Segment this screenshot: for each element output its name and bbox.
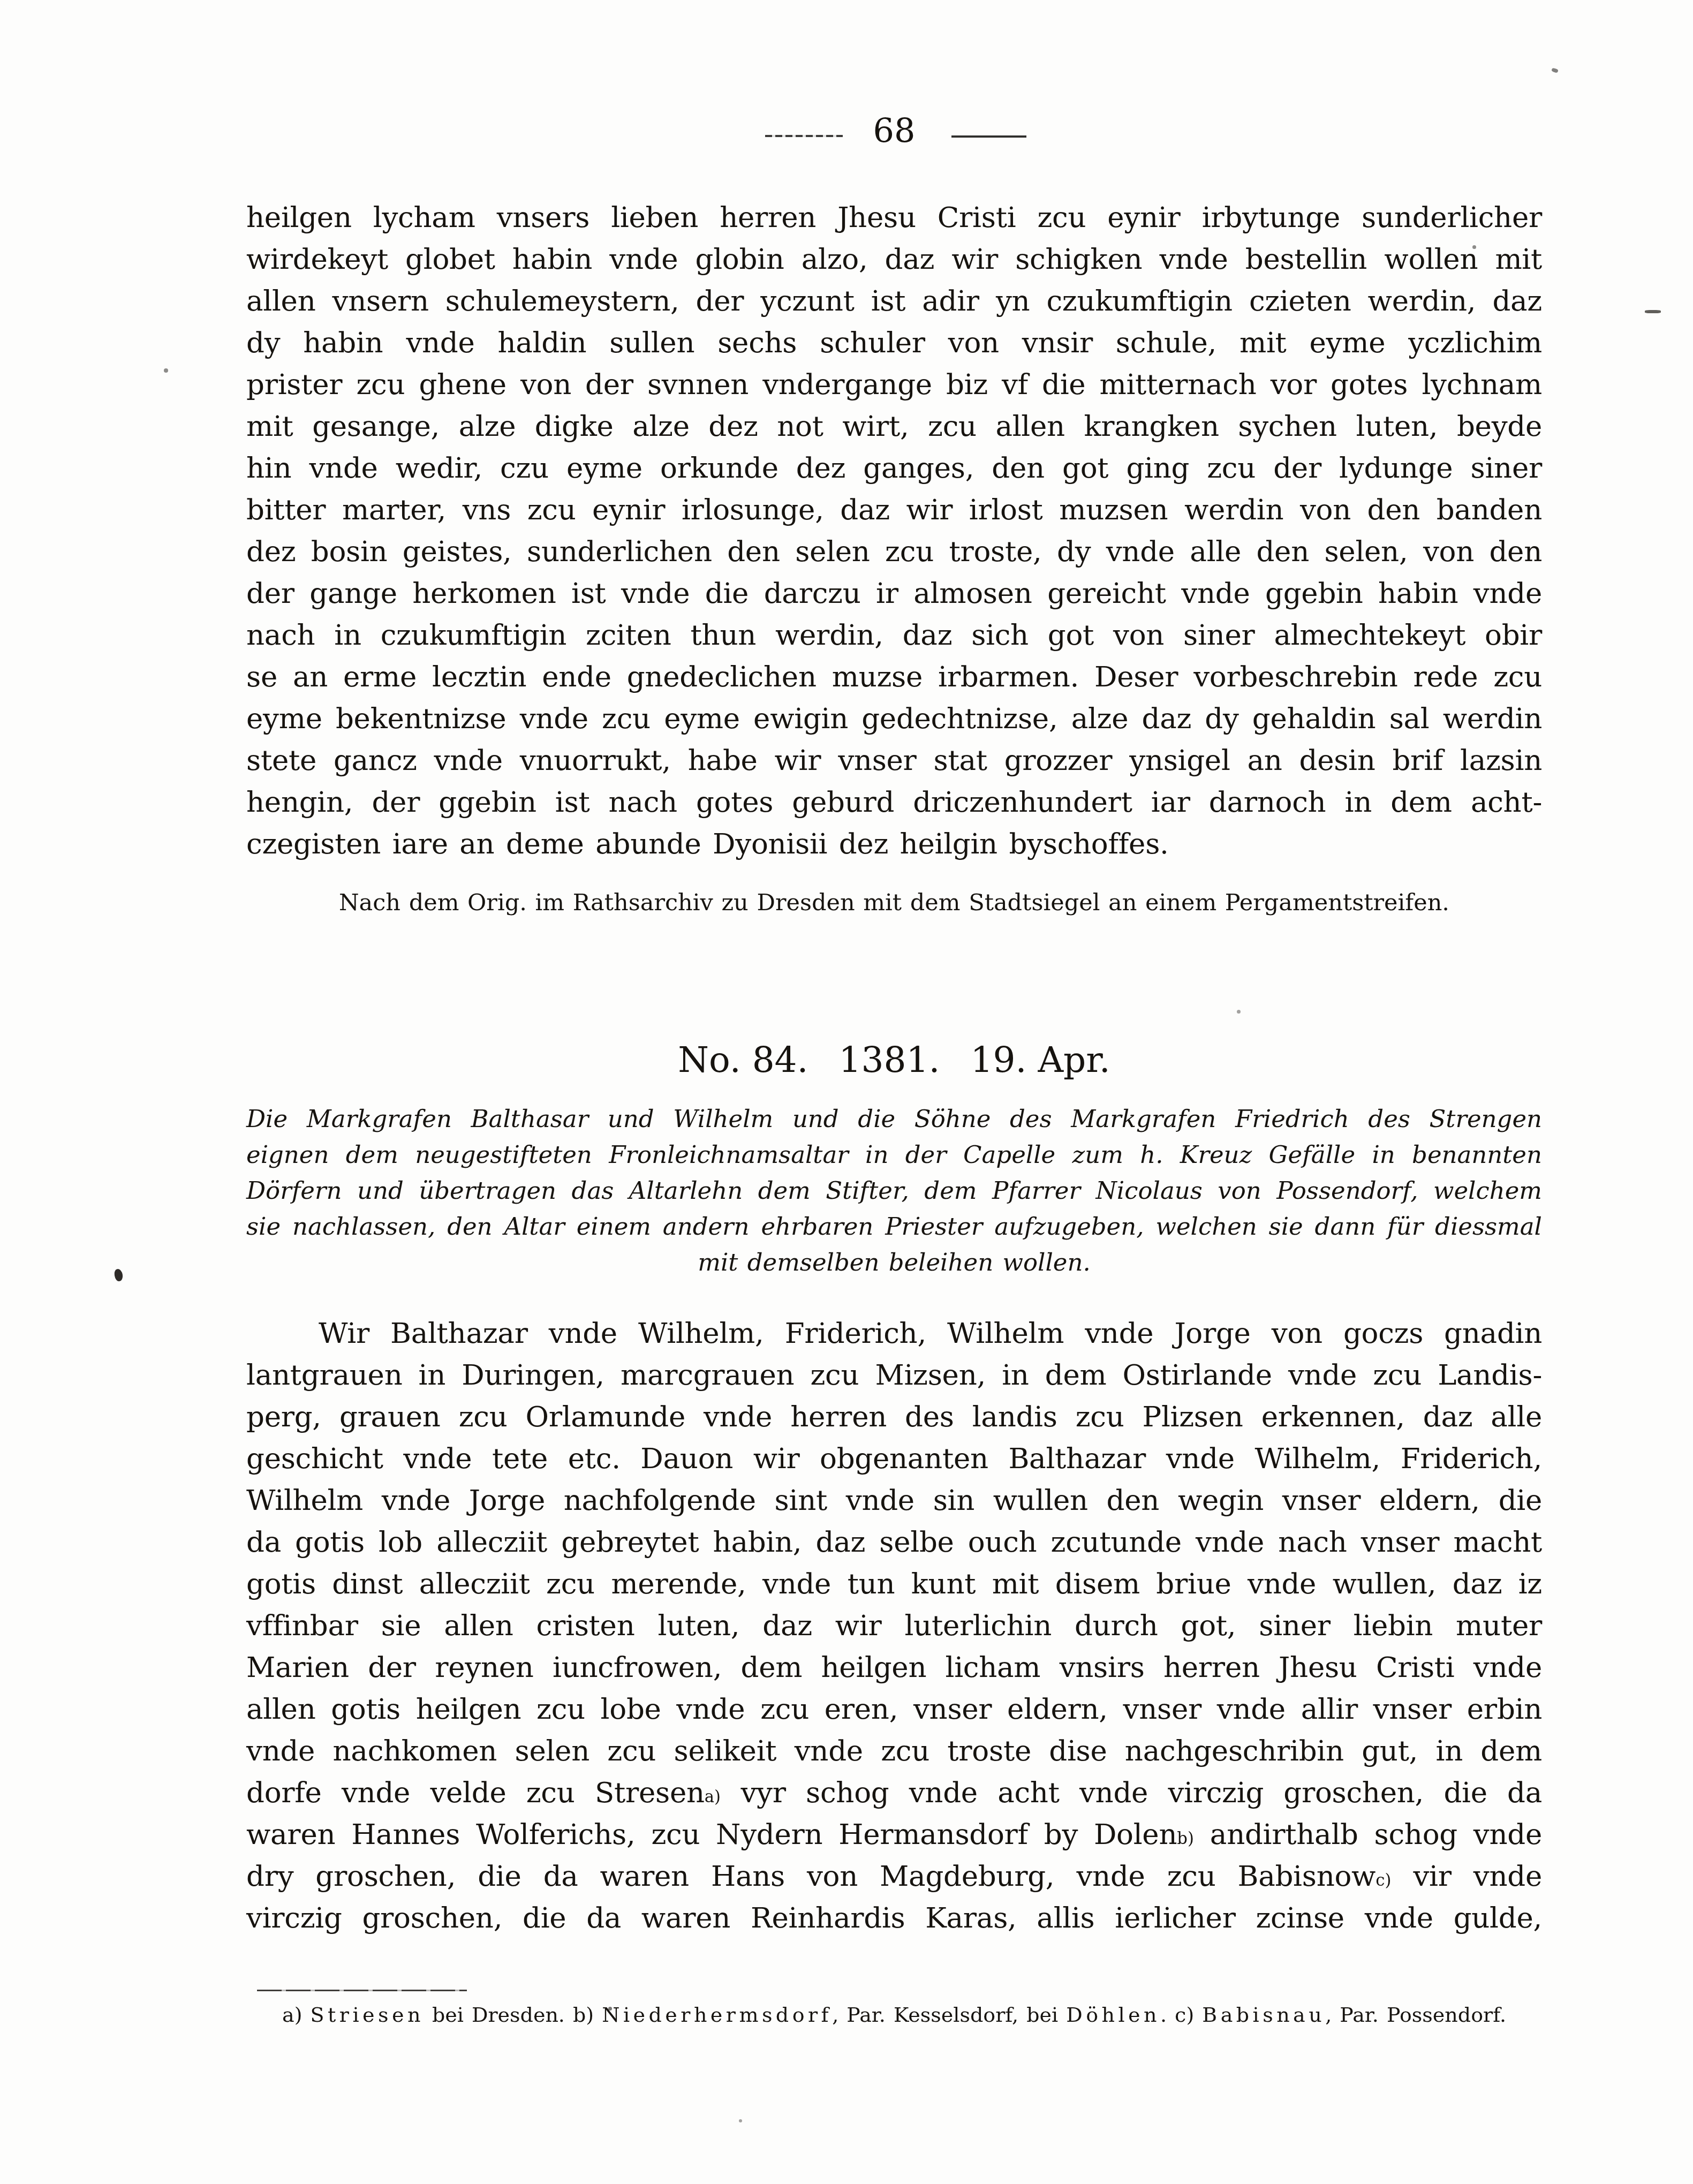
- text-line: perg, grauen zcu Orlamunde vnde herren d…: [246, 1396, 1542, 1438]
- text-line: Wilhelm vnde Jorge nachfolgende sint vnd…: [246, 1480, 1542, 1522]
- place-name: Niederhermsdorf: [602, 2003, 832, 2027]
- footnote-marker: a): [705, 1787, 721, 1807]
- text-line: eignen dem neugestifteten Fronleichnamsa…: [246, 1137, 1542, 1173]
- scan-artifact: [1237, 1010, 1241, 1014]
- text-line: lantgrauen in Duringen, marcgrauen zcu M…: [246, 1355, 1542, 1396]
- charter-84-regest: Die Markgrafen Balthasar und Wilhelm und…: [246, 1101, 1542, 1280]
- footnote-text: . c): [1160, 2003, 1202, 2027]
- text-line: allen gotis heilgen zcu lobe vnde zcu er…: [246, 1689, 1542, 1730]
- text-line: allen vnsern schulemeystern, der yczunt …: [246, 281, 1542, 322]
- page-number: 68: [849, 114, 940, 148]
- text-line: vffinbar sie allen cristen luten, daz wi…: [246, 1605, 1542, 1647]
- text-line: Marien der reynen iuncfrowen, dem heilge…: [246, 1647, 1542, 1689]
- text-line: dez bosin geistes, sunderlichen den sele…: [246, 531, 1542, 573]
- text-line: hin vnde wedir, czu eyme orkunde dez gan…: [246, 448, 1542, 489]
- text-line: virczig groschen, die da waren Reinhardi…: [246, 1898, 1542, 1939]
- charter-83-source-note: Nach dem Orig. im Rathsarchiv zu Dresden…: [246, 889, 1542, 917]
- scan-artifact: [608, 2007, 612, 2011]
- scan-artifact: [114, 1268, 123, 1282]
- text-line: dorfe vnde velde zcu Stresena) vyr schog…: [246, 1772, 1542, 1814]
- text-line: dy habin vnde haldin sullen sechs schule…: [246, 322, 1542, 364]
- text-line: czegisten iare an deme abunde Dyonisii d…: [246, 823, 1542, 865]
- footnote-text: bei Dresden. b): [424, 2003, 602, 2027]
- text-line: nach in czukumftigin zciten thun werdin,…: [246, 615, 1542, 656]
- text-line: vnde nachkomen selen zcu selikeit vnde z…: [246, 1730, 1542, 1772]
- text-line: dry groschen, die da waren Hans von Magd…: [246, 1856, 1542, 1898]
- text-line: geschicht vnde tete etc. Dauon wir obgen…: [246, 1438, 1542, 1480]
- scan-artifact: [1645, 310, 1661, 313]
- charter-year: 1381.: [839, 1039, 940, 1080]
- header-rule-left: [765, 135, 843, 137]
- text-line: Die Markgrafen Balthasar und Wilhelm und…: [246, 1101, 1542, 1137]
- text-line: mit gesange, alze digke alze dez not wir…: [246, 406, 1542, 448]
- charter-84-body-text: Wir Balthazar vnde Wilhelm, Friderich, W…: [246, 1313, 1542, 1939]
- book-page: 68 heilgen lycham vnsers lieben herren J…: [0, 0, 1693, 2184]
- text-line: Wir Balthazar vnde Wilhelm, Friderich, W…: [246, 1313, 1542, 1355]
- text-line: waren Hannes Wolferichs, zcu Nydern Herm…: [246, 1814, 1542, 1856]
- footnote-text: , Par. Kesselsdorf, bei: [832, 2003, 1066, 2027]
- text-line: stete gancz vnde vnuorrukt, habe wir vns…: [246, 740, 1542, 782]
- footnote-text: a): [282, 2003, 311, 2027]
- text-line: sie nachlassen, den Altar einem andern e…: [246, 1208, 1542, 1244]
- footnote-marker: b): [1177, 1829, 1194, 1848]
- text-line: eyme bekentnizse vnde zcu eyme ewigin ge…: [246, 698, 1542, 740]
- place-name: Döhlen: [1066, 2003, 1160, 2027]
- place-name: Babisnau: [1202, 2003, 1325, 2027]
- text-line: der gange herkomen ist vnde die darczu i…: [246, 573, 1542, 615]
- footnote-text: , Par. Possendorf.: [1325, 2003, 1506, 2027]
- charter-83-body-text: heilgen lycham vnsers lieben herren Jhes…: [246, 197, 1542, 865]
- text-line: Dörfern und übertragen das Altarlehn dem…: [246, 1173, 1542, 1208]
- text-line: gotis dinst allecziit zcu merende, vnde …: [246, 1563, 1542, 1605]
- header-rule-right: [951, 135, 1026, 138]
- charter-date: 19. Apr.: [971, 1039, 1110, 1080]
- scan-artifact: [739, 2119, 742, 2122]
- text-line: da gotis lob allecziit gebreytet habin, …: [246, 1522, 1542, 1563]
- text-line: wirdekeyt globet habin vnde globin alzo,…: [246, 239, 1542, 281]
- scan-artifact: [1472, 245, 1476, 249]
- scan-artifact: [1551, 67, 1559, 73]
- place-name: Striesen: [311, 2003, 424, 2027]
- text-line: prister zcu ghene von der svnnen vnderga…: [246, 364, 1542, 406]
- footnote-marker: c): [1375, 1871, 1391, 1890]
- text-line: bitter marter, vns zcu eynir irlosunge, …: [246, 489, 1542, 531]
- charter-84-heading: No. 84. 1381. 19. Apr.: [246, 1042, 1542, 1078]
- footnotes: a) Striesen bei Dresden. b) Niederhermsd…: [246, 2001, 1542, 2028]
- text-line: mit demselben beleihen wollen.: [246, 1244, 1542, 1280]
- text-line: heilgen lycham vnsers lieben herren Jhes…: [246, 197, 1542, 239]
- text-line: se an erme lecztin ende gnedeclichen muz…: [246, 656, 1542, 698]
- scan-artifact: [164, 368, 168, 373]
- text-line: hengin, der ggebin ist nach gotes geburd…: [246, 782, 1542, 823]
- footnote-rule: [257, 1990, 467, 1991]
- charter-number: No. 84.: [678, 1039, 808, 1080]
